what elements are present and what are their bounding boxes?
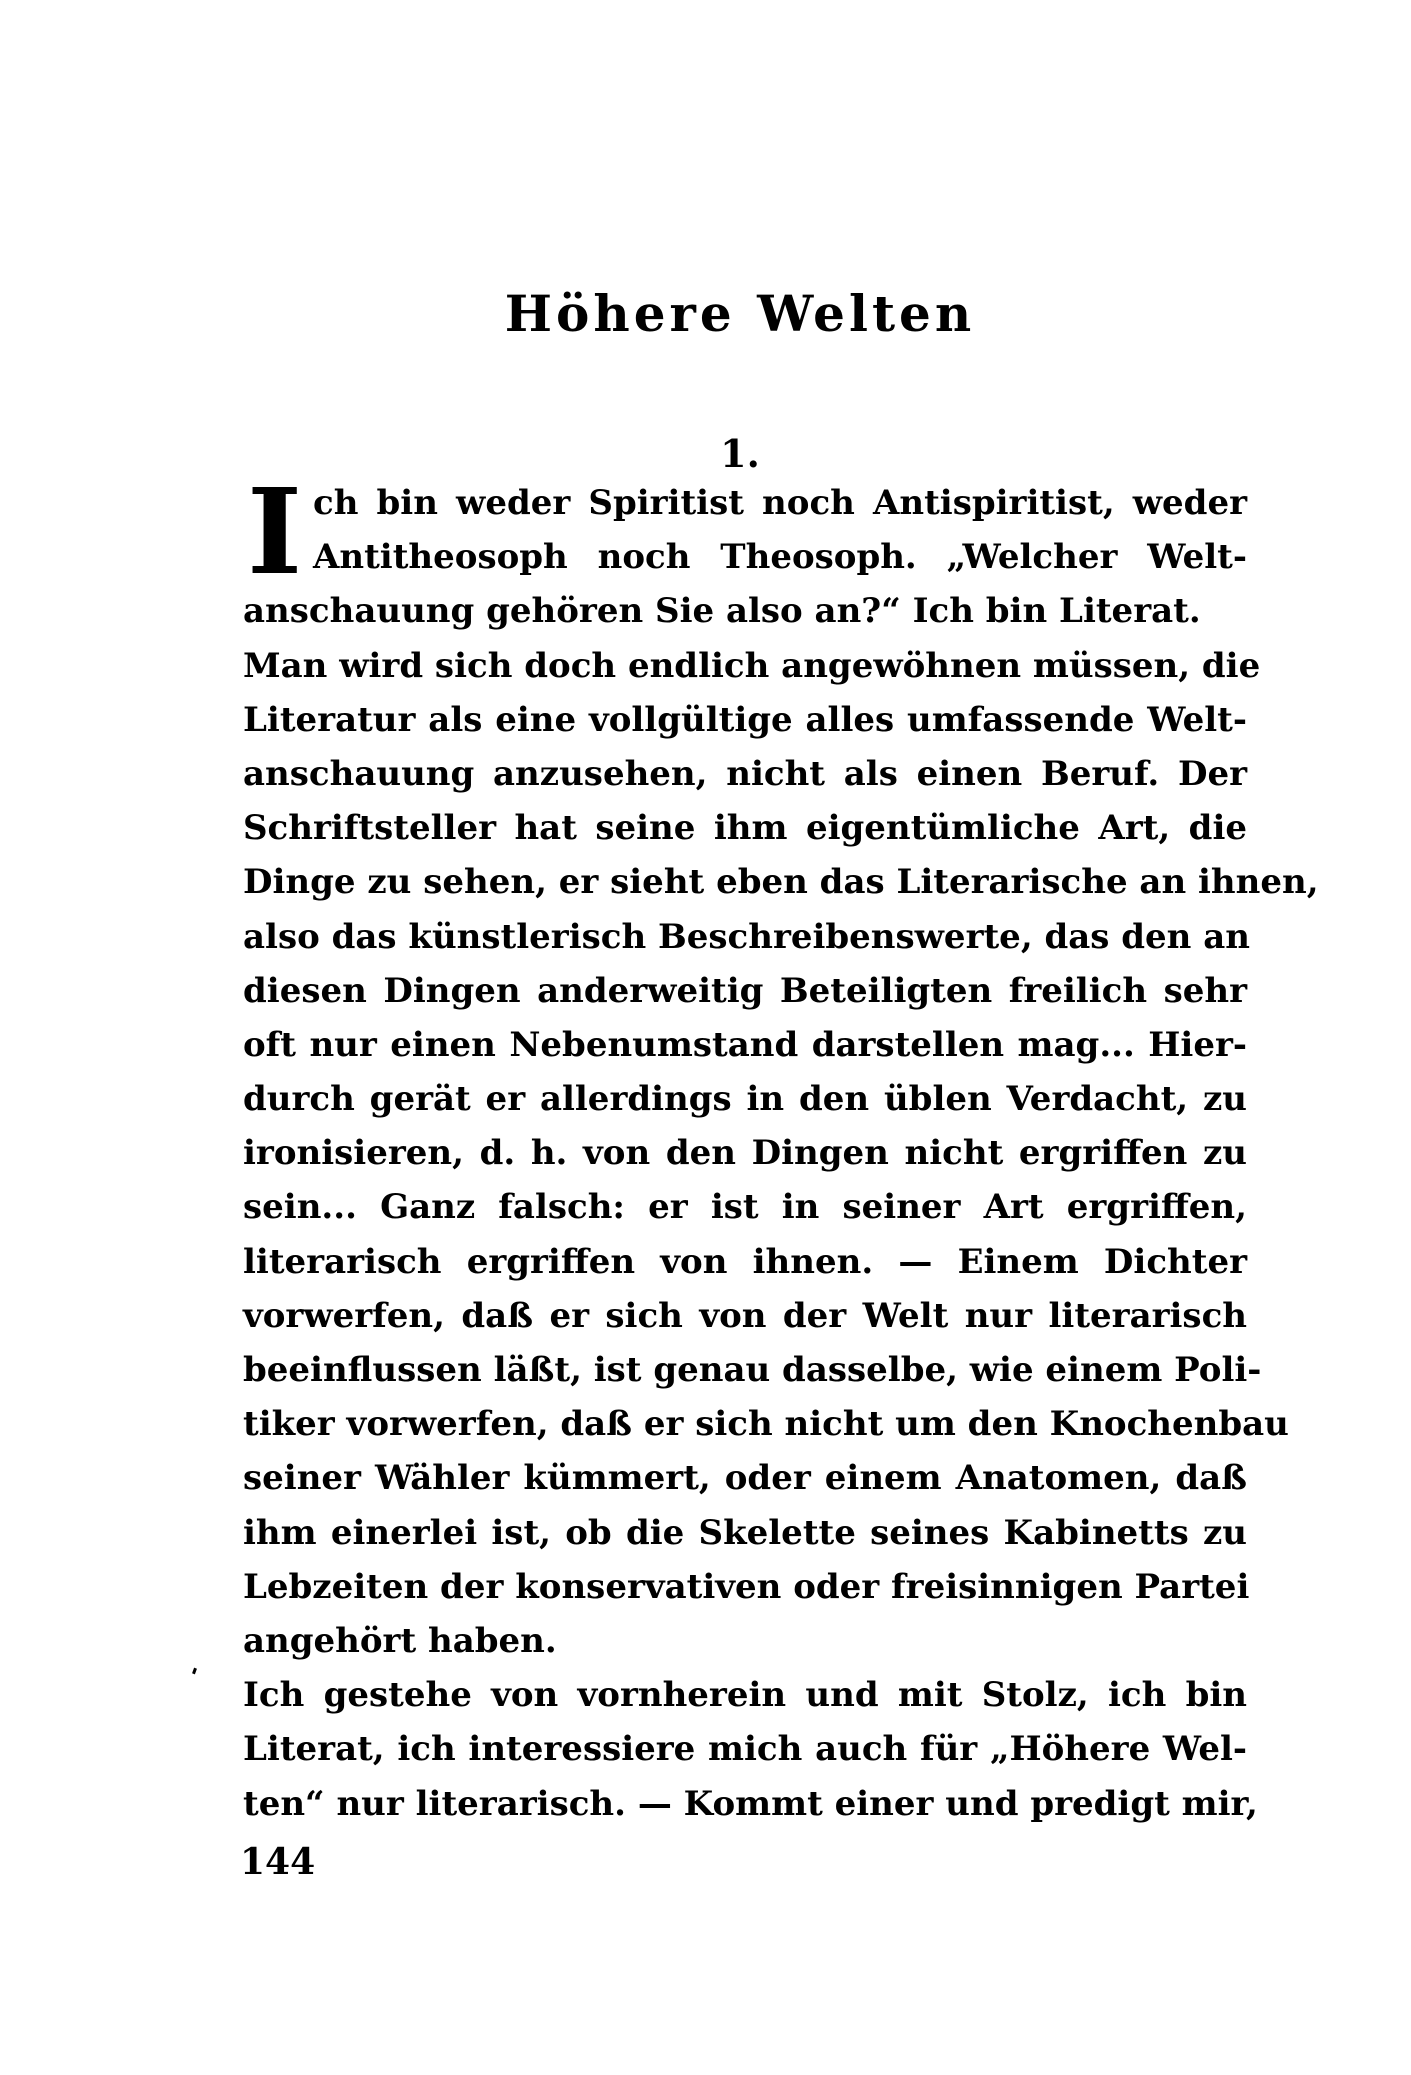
text-line: ihm einerlei ist, ob die Skelette seines… <box>243 1506 1247 1560</box>
chapter-title: Höhere Welten <box>440 282 1040 346</box>
text-line: angehört haben. <box>243 1614 1247 1668</box>
text-line: Man wird sich doch endlich angewöhnen mü… <box>243 639 1247 693</box>
body-text: I ch bin weder Spiritist noch Antispirit… <box>243 476 1247 1831</box>
drop-cap: I <box>247 476 302 588</box>
text-line: Ich gestehe von vornherein und mit Stolz… <box>243 1668 1247 1722</box>
text-line: beeinflussen läßt, ist genau dasselbe, w… <box>243 1343 1247 1397</box>
text-line: Dinge zu sehen, er sieht eben das Litera… <box>243 855 1247 909</box>
text-line: durch gerät er allerdings in den üblen V… <box>243 1072 1247 1126</box>
text-line: Lebzeiten der konservativen oder freisin… <box>243 1560 1247 1614</box>
text-line: oft nur einen Nebenumstand darstellen ma… <box>243 1018 1247 1072</box>
text-line: ten“ nur literarisch. — Kommt einer und … <box>243 1777 1247 1831</box>
text-line: also das künstlerisch Beschreibenswerte,… <box>243 910 1247 964</box>
text-line: anschauung gehören Sie also an?“ Ich bin… <box>243 584 1247 638</box>
text-line: Literat, ich interessiere mich auch für … <box>243 1722 1247 1776</box>
book-page: Höhere Welten 1. I ch bin weder Spiritis… <box>0 0 1411 2075</box>
text-line: anschauung anzusehen, nicht als einen Be… <box>243 747 1247 801</box>
text-line: literarisch ergriffen von ihnen. — Einem… <box>243 1235 1247 1289</box>
text-line: ch bin weder Spiritist noch Antispiritis… <box>243 476 1247 530</box>
text-line: vorwerfen, daß er sich von der Welt nur … <box>243 1289 1247 1343</box>
text-line: Schriftsteller hat seine ihm eigentümlic… <box>243 801 1247 855</box>
text-line: sein... Ganz falsch: er ist in seiner Ar… <box>243 1180 1247 1234</box>
text-line: seiner Wähler kümmert, oder einem Anatom… <box>243 1451 1247 1505</box>
print-speck <box>192 1668 197 1675</box>
section-number: 1. <box>690 430 790 478</box>
text-line: tiker vorwerfen, daß er sich nicht um de… <box>243 1397 1247 1451</box>
page-number: 144 <box>240 1838 315 1886</box>
text-line: Antitheosoph noch Theosoph. „Welcher Wel… <box>243 530 1247 584</box>
text-line: diesen Dingen anderweitig Beteiligten fr… <box>243 964 1247 1018</box>
text-line: Literatur als eine vollgültige alles umf… <box>243 693 1247 747</box>
text-line: ironisieren, d. h. von den Dingen nicht … <box>243 1126 1247 1180</box>
